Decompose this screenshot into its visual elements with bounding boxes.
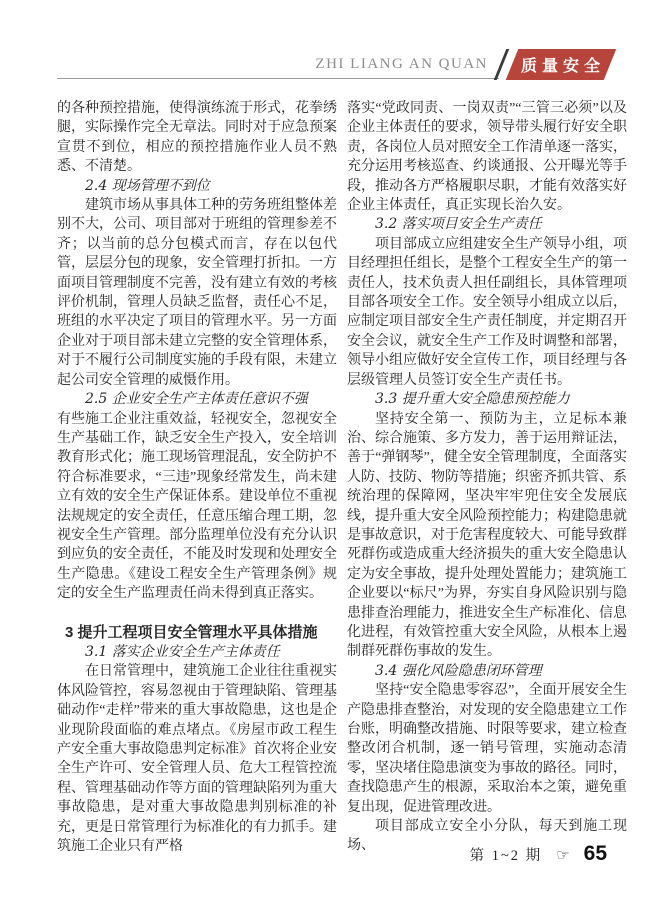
page-number: 65 [584,842,607,866]
paragraph: 项目部成立应组建安全生产领导小组，项目经理担任组长，是整个工程安全生产的第一责任… [347,235,627,390]
paragraph: 有些施工企业注重效益，轻视安全，忽视安全生产基础工作，缺乏安全生产投入，安全培训… [57,410,337,604]
paragraph: 坚持“安全隐患零容忍”，全面开展安全生产隐患排查整治，对发现的安全隐患建立工作台… [347,681,627,817]
column-left: 的各种预控措施，使得演练流于形式，花拳绣腿，实际操作完全无章法。同时对于应急预案… [57,99,337,856]
paragraph: 落实“党政同责、一岗双责”“三管三必须”以及企业主体责任的要求，领导带头履行好安… [347,99,627,215]
subsection-heading: 3.4 强化风险隐患闭环管理 [347,662,627,681]
page-footer: 第 1~2 期 ☞ 65 [0,842,607,866]
subsection-heading: 2.4 现场管理不到位 [57,177,337,196]
section-heading: 3 提升工程项目安全管理水平具体措施 [57,623,337,642]
header-rule [57,78,499,79]
journal-page: ZHI LIANG AN QUAN 质量安全 的各种预控措施，使得演练流于形式，… [0,0,671,917]
subsection-heading: 3.2 落实项目安全生产责任 [347,215,627,234]
paragraph: 在日常管理中，建筑施工企业往往重视实体风险管控，容易忽视由于管理缺陷、管理基础动… [57,662,337,856]
subsection-heading: 2.5 企业安全生产主体责任意识不强 [57,390,337,409]
paragraph: 的各种预控措施，使得演练流于形式，花拳绣腿，实际操作完全无章法。同时对于应急预案… [57,99,337,177]
journal-title-pinyin: ZHI LIANG AN QUAN [315,56,488,73]
paragraph: 坚持安全第一、预防为主，立足标本兼治、综合施策、多方发力，善于运用辩证法，善于“… [347,410,627,662]
journal-title-cn: 质量安全 [516,53,605,76]
pointing-hand-icon: ☞ [556,846,569,865]
subsection-heading: 3.3 提升重大安全隐患预控能力 [347,390,627,409]
subsection-heading: 3.1 落实企业安全生产主体责任 [57,643,337,662]
journal-title-banner: 质量安全 [506,49,617,80]
paragraph: 建筑市场从事具体工种的劳务班组整体差别不大，公司、项目部对于班组的管理参差不齐；… [57,196,337,390]
page-header: ZHI LIANG AN QUAN 质量安全 [0,0,671,96]
article-body: 的各种预控措施，使得演练流于形式，花拳绣腿，实际操作完全无章法。同时对于应急预案… [57,99,627,856]
column-right: 落实“党政同责、一岗双责”“三管三必须”以及企业主体责任的要求，领导带头履行好安… [347,99,627,856]
issue-number: 第 1~2 期 [470,844,543,865]
